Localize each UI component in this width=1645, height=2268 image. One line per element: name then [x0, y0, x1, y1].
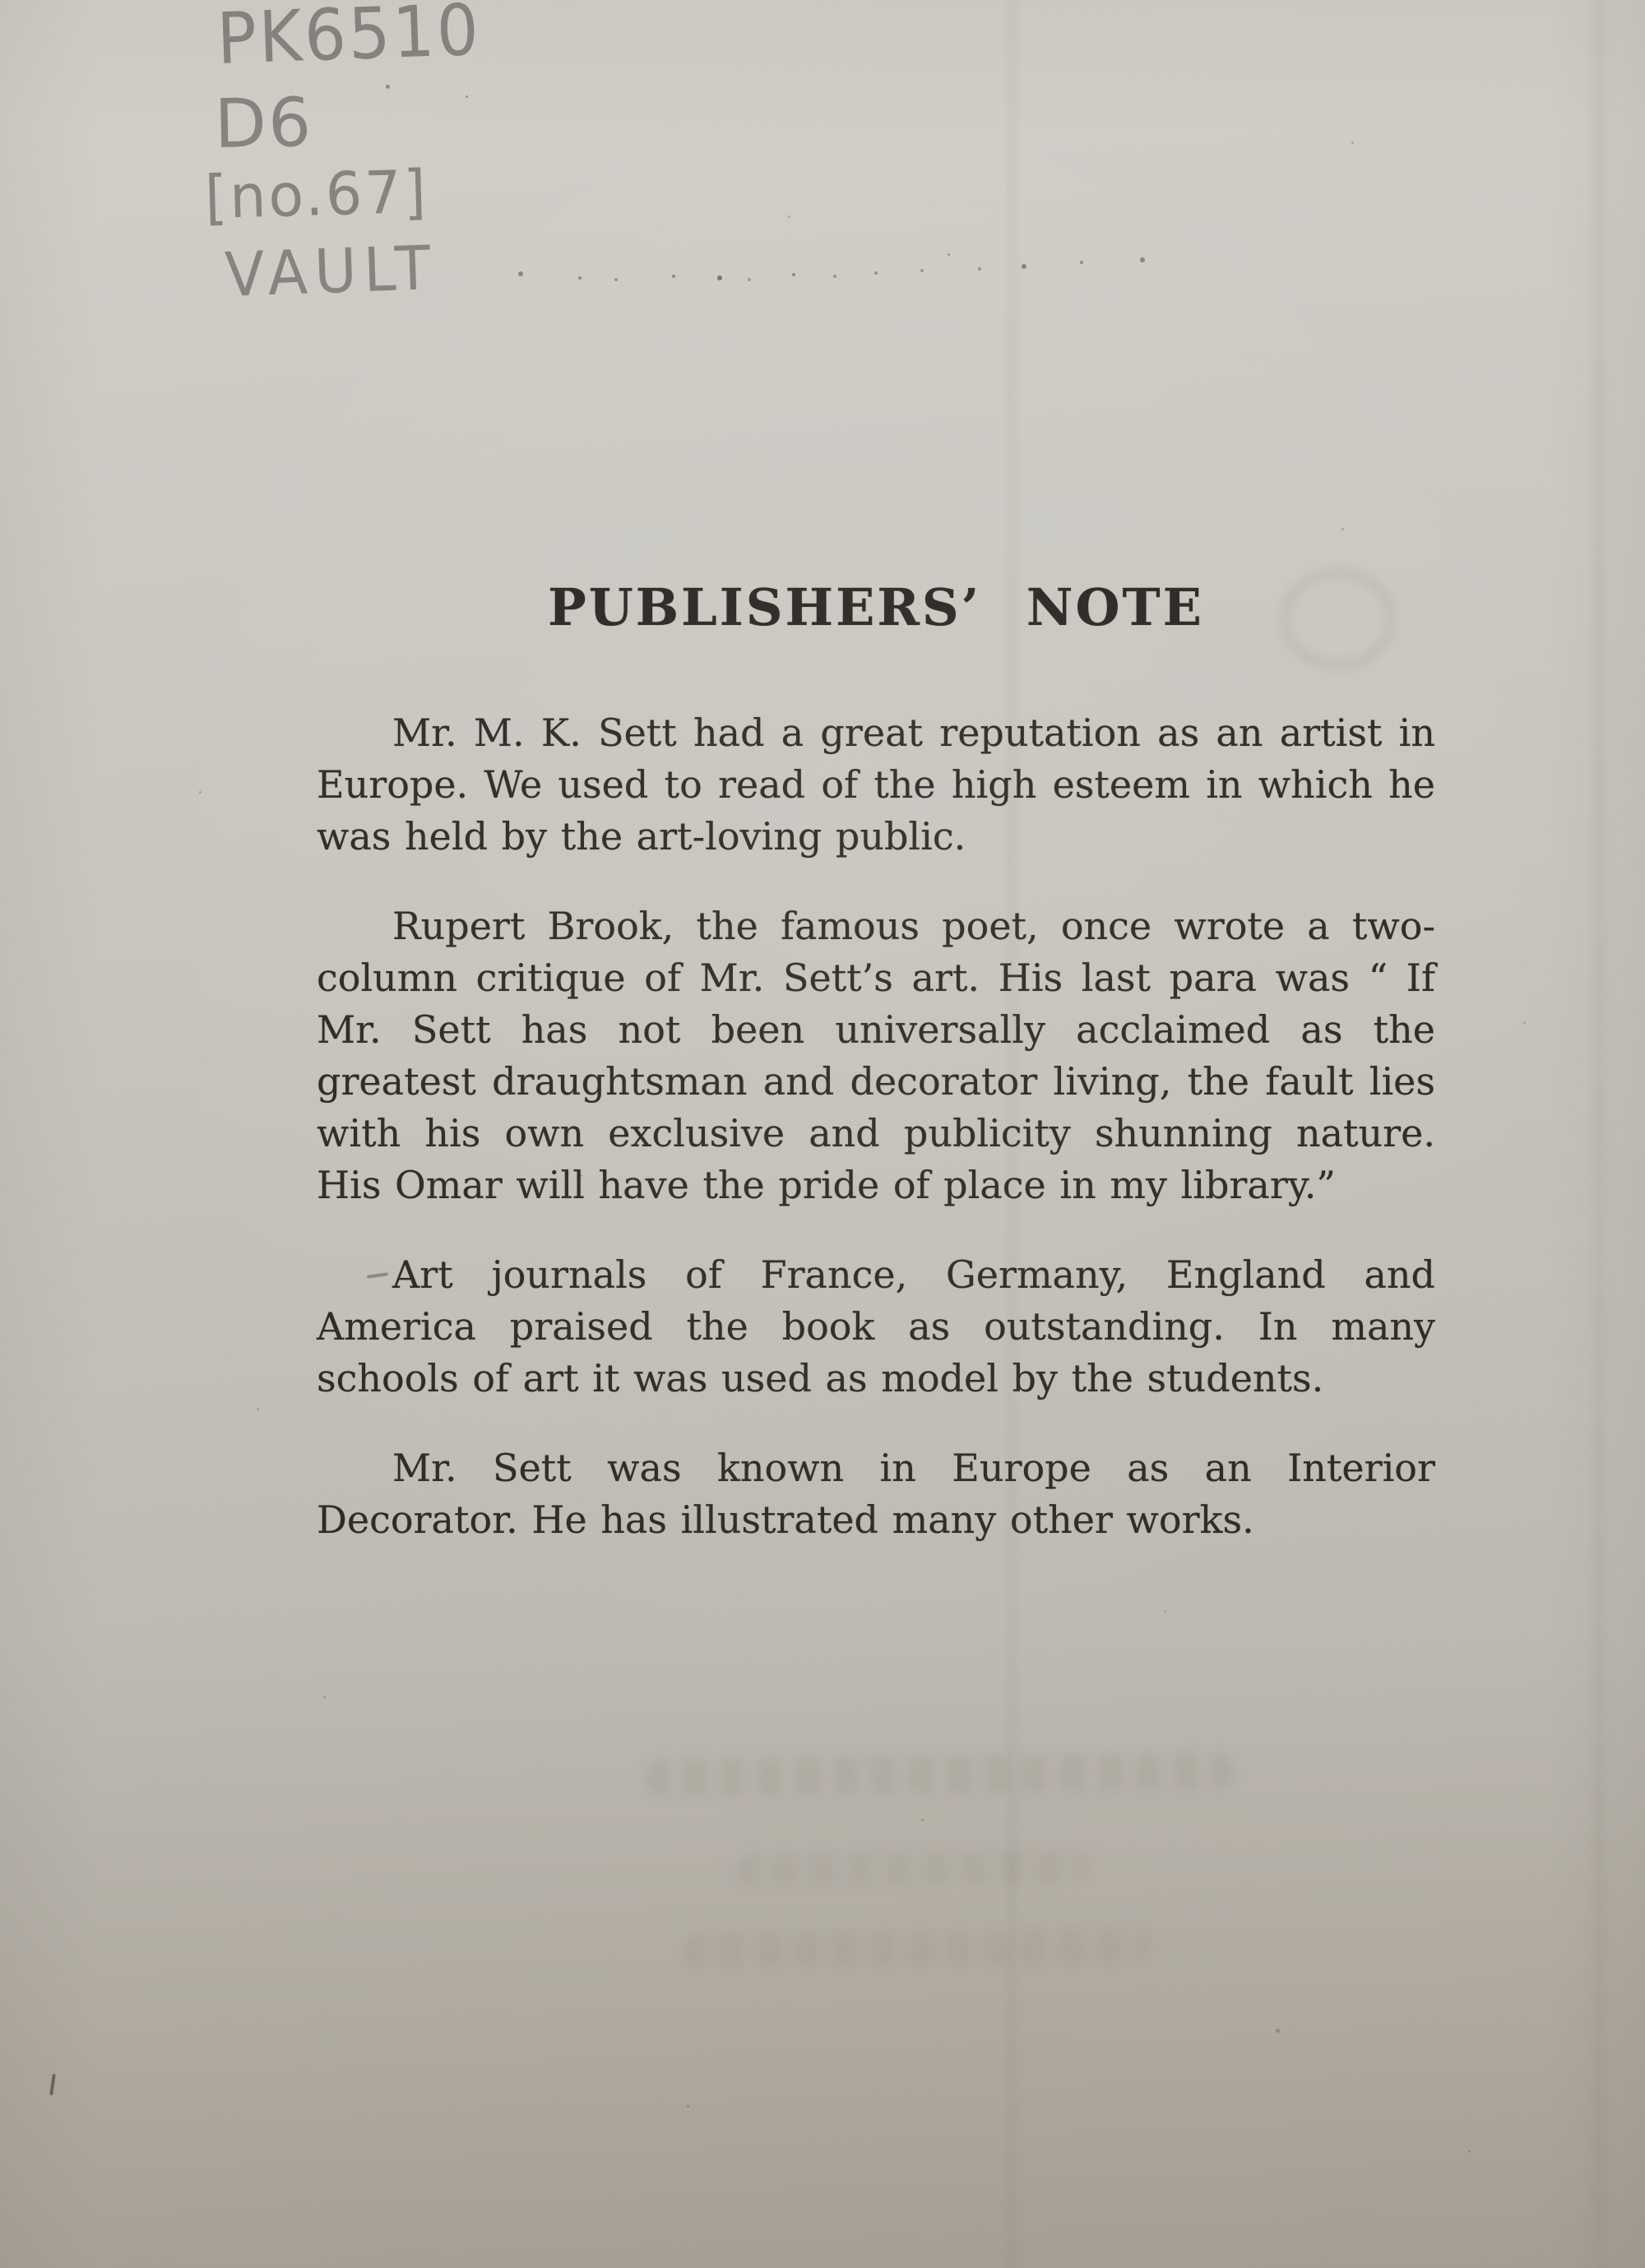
paragraph-4: Mr. Sett was known in Europe as an Inter…	[317, 1442, 1435, 1546]
showthrough-smudge	[736, 1850, 1090, 1887]
paper-specks	[0, 0, 2, 2]
paragraph-2: Rupert Brook, the famous poet, once wrot…	[317, 900, 1435, 1211]
page-title: PUBLISHERS’ NOTE	[317, 577, 1435, 637]
pencil-dots-row	[518, 271, 523, 276]
call-number-line-3: [no.67]	[204, 157, 429, 232]
paragraph-3: Art journals of France, Germany, England…	[317, 1249, 1435, 1405]
paragraph-1: Mr. M. K. Sett had a great reputation as…	[317, 707, 1435, 863]
call-number-line-1: PK6510	[215, 0, 482, 81]
call-number-line-2: D6	[214, 84, 313, 164]
showthrough-smudge	[683, 1928, 1151, 1968]
pencil-tick	[49, 2074, 56, 2095]
publishers-note-text: Mr. M. K. Sett had a great reputation as…	[317, 707, 1435, 1584]
showthrough-smudge	[1279, 567, 1397, 671]
scanned-book-page: PK6510 D6 [no.67] VAULT PUBLISHERS’ NOTE…	[0, 0, 1645, 2268]
showthrough-smudge	[646, 1752, 1234, 1796]
call-number-line-4: VAULT	[224, 233, 438, 311]
